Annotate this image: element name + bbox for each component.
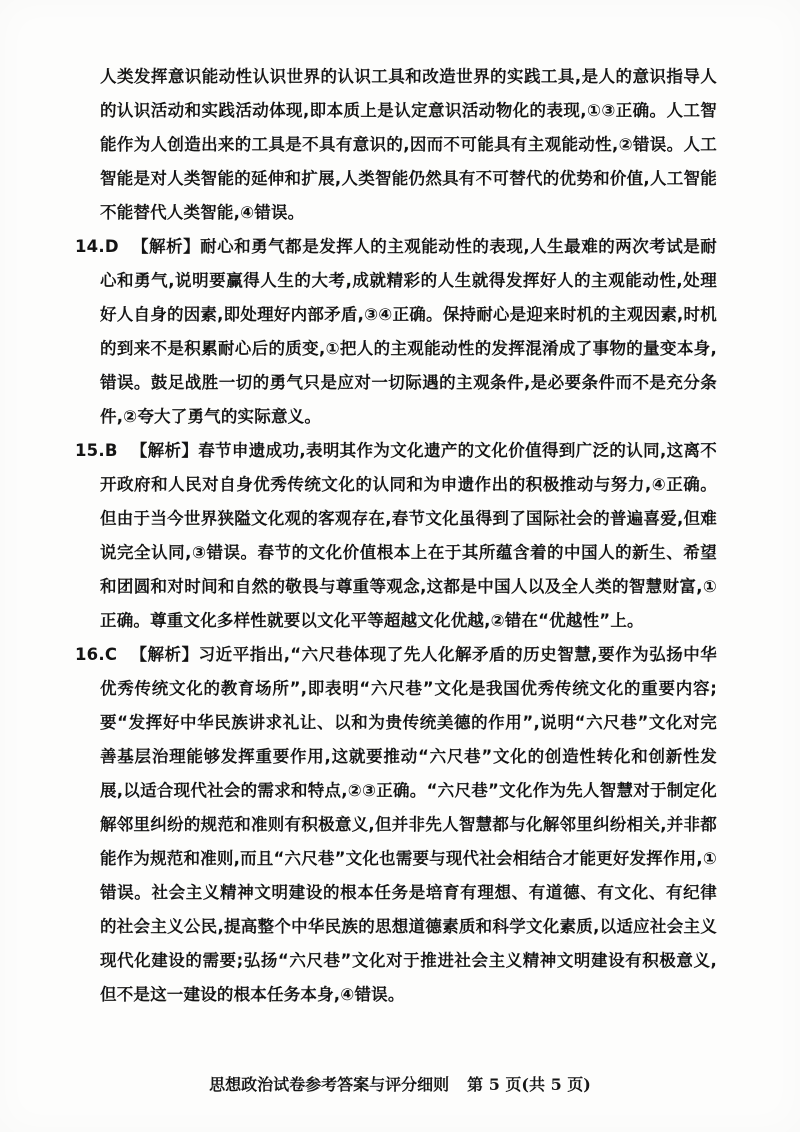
footer-title: 思想政治试卷参考答案与评分细则 <box>209 1075 449 1094</box>
item-analysis-text: 耐心和勇气都是发挥人的主观能动性的表现,人生最难的两次考试是耐心和勇气,说明要赢… <box>100 237 717 426</box>
page-footer: 思想政治试卷参考答案与评分细则第 5 页(共 5 页) <box>0 1072 800 1095</box>
continuation-paragraph: 人类发挥意识能动性认识世界的认识工具和改造世界的实践工具,是人的意识指导人的认识… <box>100 60 717 230</box>
item-number: 16.C <box>75 638 117 672</box>
analysis-tag: 【解析】 <box>131 441 199 460</box>
answer-item-14: 14.D【解析】耐心和勇气都是发挥人的主观能动性的表现,人生最难的两次考试是耐心… <box>100 230 717 434</box>
item-analysis-text: 习近平指出,“六尺巷体现了先人化解矛盾的历史智慧,要作为弘扬中华优秀传统文化的教… <box>100 645 717 1004</box>
analysis-tag: 【解析】 <box>132 237 200 256</box>
item-analysis-text: 春节申遗成功,表明其作为文化遗产的文化价值得到广泛的认同,这离不开政府和人民对自… <box>100 441 717 630</box>
exam-answer-page: 人类发挥意识能动性认识世界的认识工具和改造世界的实践工具,是人的意识指导人的认识… <box>0 0 800 1132</box>
item-number: 15.B <box>75 434 118 468</box>
item-number: 14.D <box>75 230 119 264</box>
answer-item-16: 16.C【解析】习近平指出,“六尺巷体现了先人化解矛盾的历史智慧,要作为弘扬中华… <box>100 638 717 1012</box>
footer-page-number: 第 5 页(共 5 页) <box>467 1075 591 1094</box>
answer-item-15: 15.B【解析】春节申遗成功,表明其作为文化遗产的文化价值得到广泛的认同,这离不… <box>100 434 717 638</box>
answer-content: 人类发挥意识能动性认识世界的认识工具和改造世界的实践工具,是人的意识指导人的认识… <box>100 60 717 1012</box>
analysis-tag: 【解析】 <box>130 645 198 664</box>
